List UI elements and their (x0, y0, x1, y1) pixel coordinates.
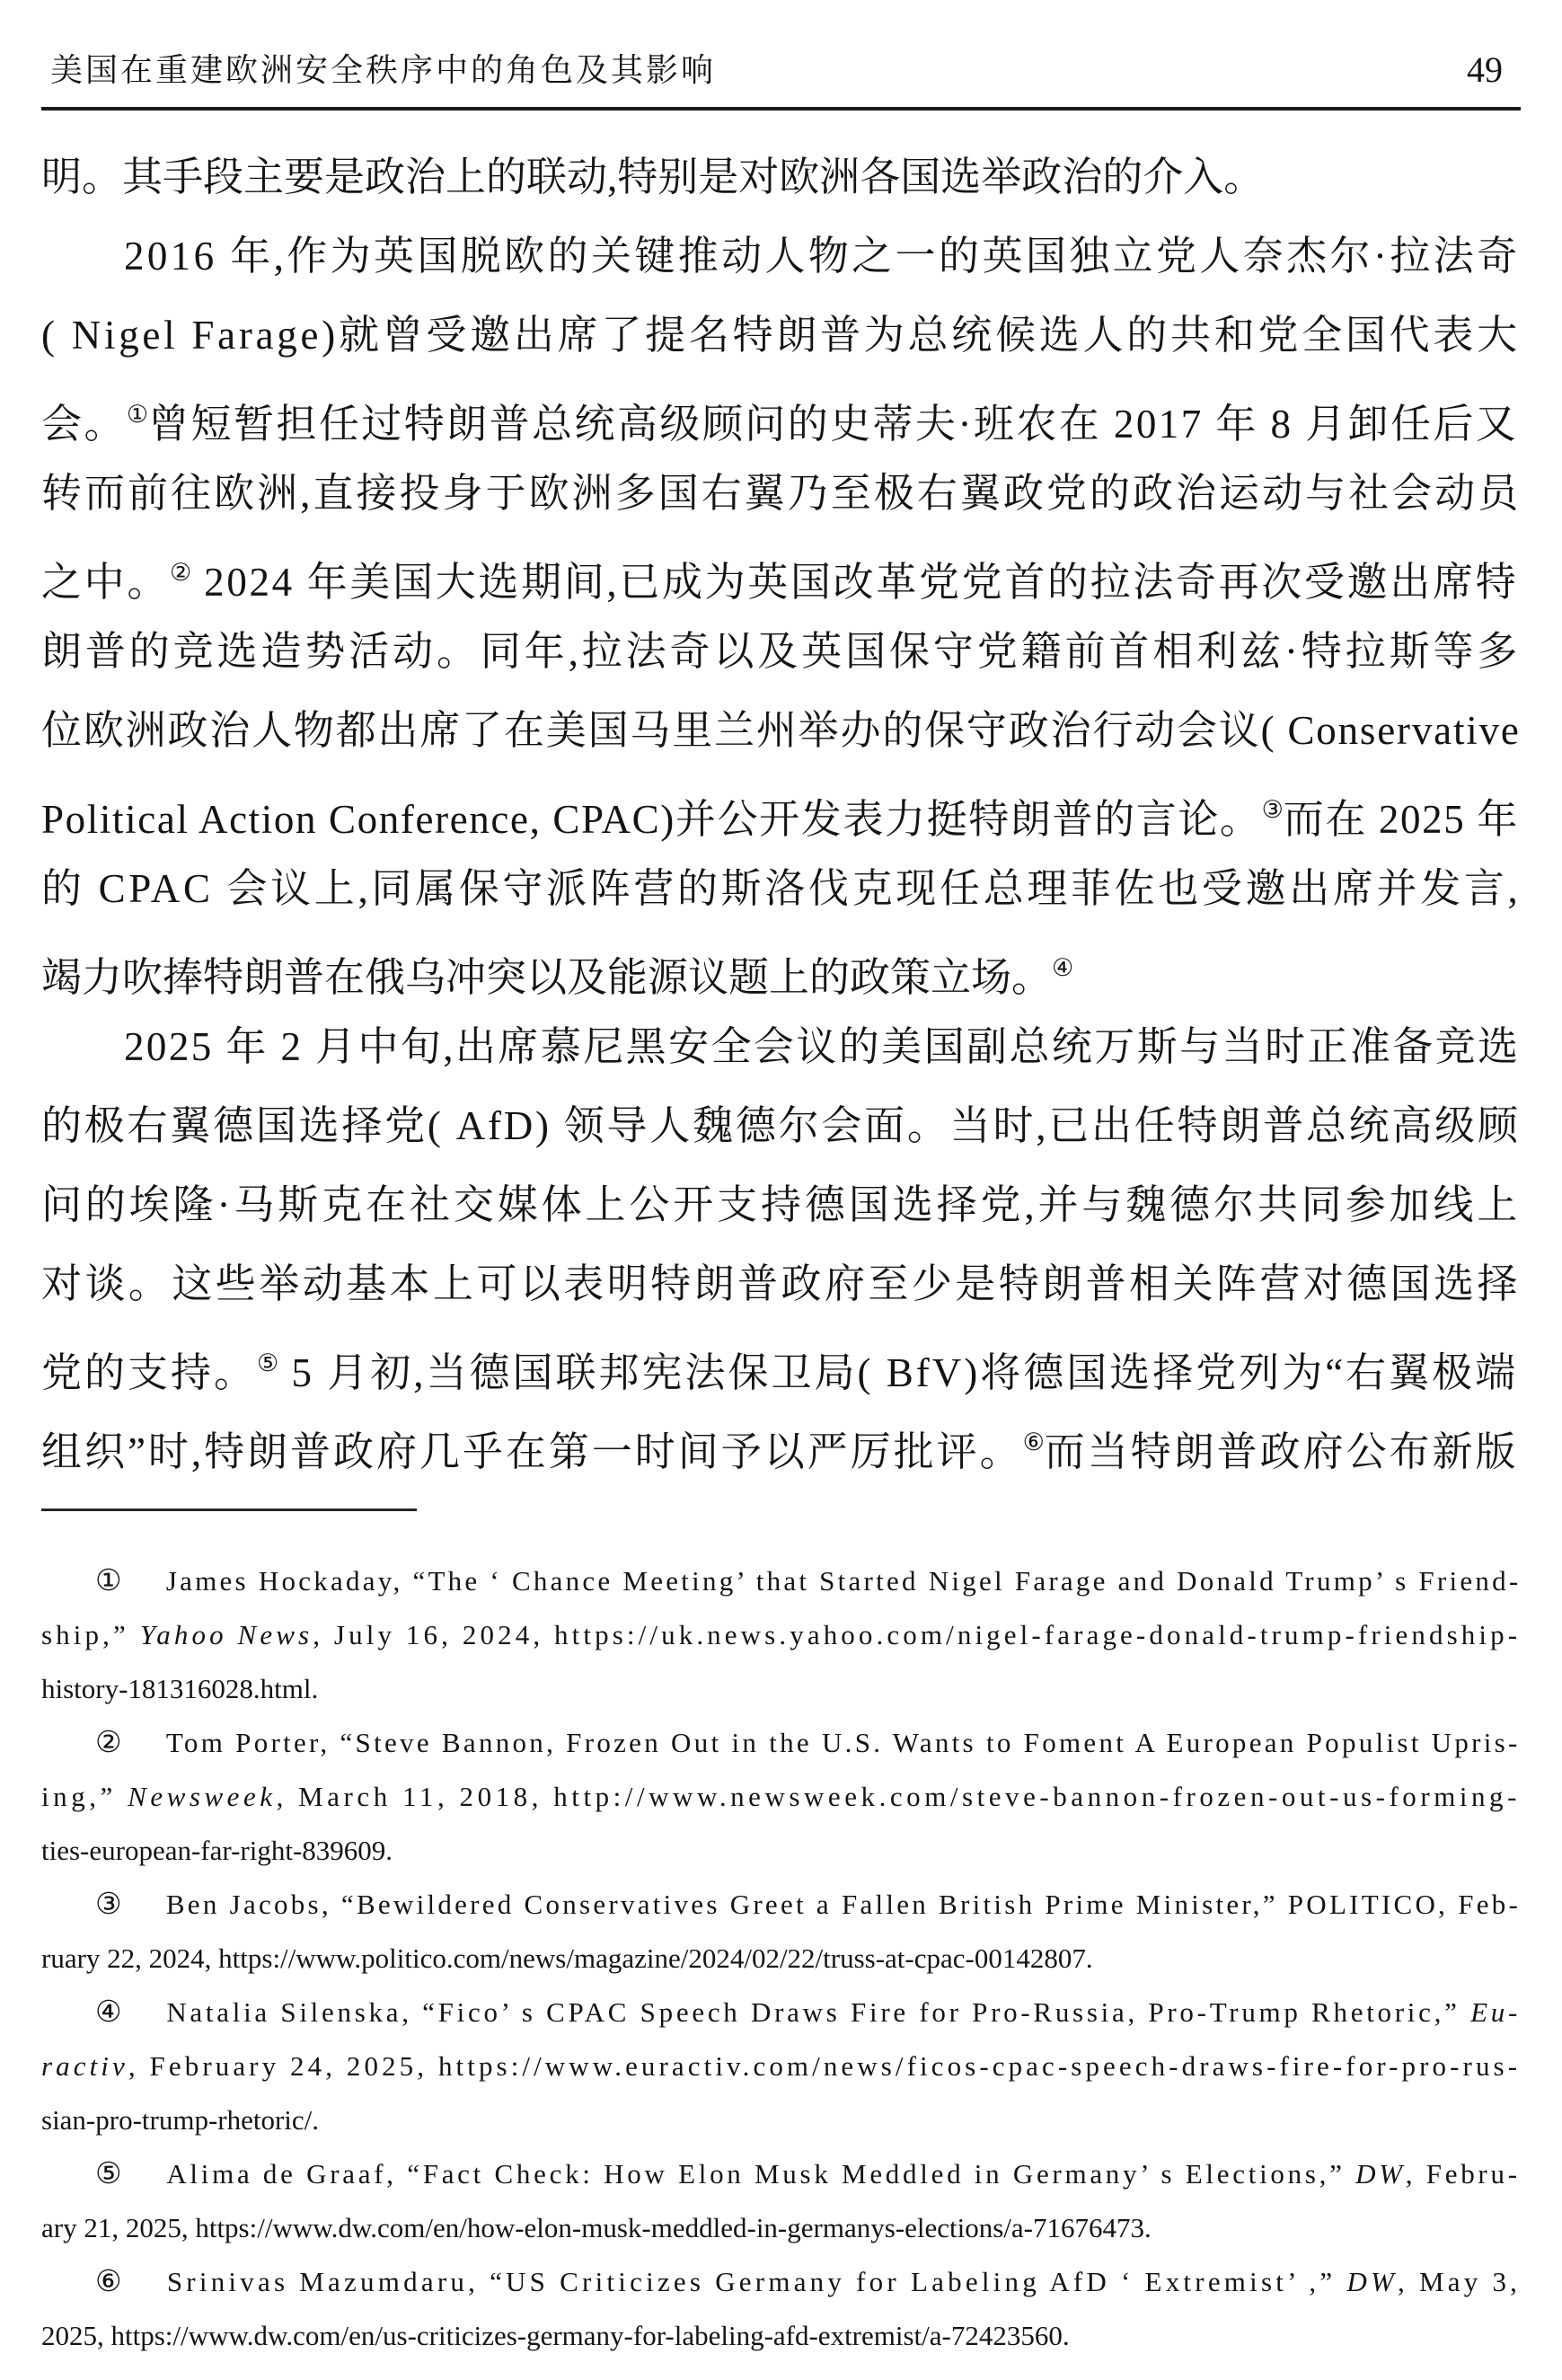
footnote-source-italic: DW (1355, 2158, 1406, 2190)
footnote-ref: ② (170, 559, 191, 586)
body-line: 2025 年 2 月中旬,出席慕尼黑安全会议的美国副总统万斯与当时正准备竞选 (41, 1007, 1521, 1086)
footnote-marker: ⑤ (95, 2158, 125, 2190)
footnote-text: ties-european-far-right-839609. (41, 1835, 393, 1866)
footnote-text: Alima de Graaf, “Fact Check: How Elon Mu… (166, 2158, 1355, 2190)
body-line: 组织”时,特朗普政府几乎在第一时间予以严厉批评。⑥而当特朗普政府公布新版 (41, 1402, 1521, 1482)
footnote-line: sian-pro-trump-rhetoric/. (41, 2093, 1521, 2147)
footnote-line: ruary 22, 2024, https://www.politico.com… (41, 1932, 1521, 1986)
footnote-marker: ② (95, 1727, 125, 1759)
body-line: Political Action Conference, CPAC)并公开发表力… (41, 770, 1521, 849)
footnote-marker: ⑥ (95, 2266, 126, 2298)
footnote-text: 2025, https://www.dw.com/en/us-criticize… (41, 2320, 1070, 2351)
footnote-text: Ben Jacobs, “Bewildered Conservatives Gr… (166, 1889, 1521, 1920)
footnote-line: ractiv, February 24, 2025, https://www.e… (41, 2039, 1521, 2093)
footnote-source-italic: Yahoo News (140, 1619, 313, 1650)
body-text: 明。其手段主要是政治上的联动,特别是对欧洲各国选举政治的介入。2016 年,作为… (41, 137, 1521, 1482)
page-number: 49 (1467, 49, 1503, 91)
document-page: 美国在重建欧洲安全秩序中的角色及其影响 49 明。其手段主要是政治上的联动,特别… (0, 0, 1562, 2380)
footnote-source-italic: Newsweek (128, 1781, 276, 1812)
footnote-text: , May 3, (1398, 2266, 1521, 2297)
footnote-text: ing,” (41, 1781, 128, 1812)
footnote-marker: ① (95, 1565, 125, 1597)
footnote-marker: ④ (95, 1996, 125, 2029)
footnote-text: ary 21, 2025, https://www.dw.com/en/how-… (41, 2212, 1152, 2243)
footnote-line: ①James Hockaday, “The ‘ Chance Meeting’ … (41, 1554, 1521, 1608)
footnote-text: ruary 22, 2024, https://www.politico.com… (41, 1942, 1093, 1974)
footnote-source-italic: Eu- (1470, 1996, 1521, 2028)
body-line: 的 CPAC 会议上,同属保守派阵营的斯洛伐克现任总理菲佐也受邀出席并发言, (41, 849, 1521, 928)
footnote-separator (41, 1509, 417, 1511)
body-line: 位欧洲政治人物都出席了在美国马里兰州举办的保守政治行动会议( Conservat… (41, 691, 1521, 770)
footnote-line: ⑥Srinivas Mazumdaru, “US Criticizes Germ… (41, 2255, 1521, 2309)
body-line: 党的支持。⑤ 5 月初,当德国联邦宪法保卫局( BfV)将德国选择党列为“右翼极… (41, 1323, 1521, 1402)
running-head-title: 美国在重建欧洲安全秩序中的角色及其影响 (50, 45, 716, 91)
body-line: 转而前往欧洲,直接投身于欧洲多国右翼乃至极右翼政党的政治运动与社会动员 (41, 454, 1521, 533)
footnote-text: Srinivas Mazumdaru, “US Criticizes Germa… (167, 2266, 1347, 2297)
footnote-text: history-181316028.html. (41, 1673, 318, 1704)
body-line: 之中。② 2024 年美国大选期间,已成为英国改革党党首的拉法奇再次受邀出席特 (41, 533, 1521, 612)
footnote-line: ties-european-far-right-839609. (41, 1824, 1521, 1878)
body-line: 问的埃隆·马斯克在社交媒体上公开支持德国选择党,并与魏德尔共同参加线上 (41, 1165, 1521, 1244)
footnote-text: ship,” (41, 1619, 140, 1650)
footnote-ref: ⑥ (1023, 1429, 1045, 1455)
footnote-ref: ④ (1052, 954, 1073, 981)
footnote-line: ary 21, 2025, https://www.dw.com/en/how-… (41, 2201, 1521, 2255)
footnote-line: ship,” Yahoo News, July 16, 2024, https:… (41, 1608, 1521, 1662)
footnote-source-italic: ractiv (41, 2050, 128, 2082)
footnotes: ①James Hockaday, “The ‘ Chance Meeting’ … (41, 1554, 1521, 2363)
header-rule (41, 107, 1521, 111)
footnote-line: 2025, https://www.dw.com/en/us-criticize… (41, 2309, 1521, 2363)
footnote-line: ③Ben Jacobs, “Bewildered Conservatives G… (41, 1878, 1521, 1932)
footnote-line: ②Tom Porter, “Steve Bannon, Frozen Out i… (41, 1716, 1521, 1770)
body-line: 对谈。这些举动基本上可以表明特朗普政府至少是特朗普相关阵营对德国选择 (41, 1244, 1521, 1323)
footnote-text: sian-pro-trump-rhetoric/. (41, 2104, 319, 2136)
footnote-line: history-181316028.html. (41, 1662, 1521, 1716)
body-line: ( Nigel Farage)就曾受邀出席了提名特朗普为总统候选人的共和党全国代… (41, 296, 1521, 375)
body-line: 朗普的竞选造势活动。同年,拉法奇以及英国保守党籍前首相利兹·特拉斯等多 (41, 612, 1521, 691)
body-line: 的极右翼德国选择党( AfD) 领导人魏德尔会面。当时,已出任特朗普总统高级顾 (41, 1086, 1521, 1165)
footnote-line: ④Natalia Silenska, “Fico’ s CPAC Speech … (41, 1986, 1521, 2039)
footnote-text: , March 11, 2018, http://www.newsweek.co… (277, 1781, 1521, 1812)
footnote-text: , July 16, 2024, https://uk.news.yahoo.c… (313, 1619, 1521, 1650)
footnote-marker: ③ (95, 1889, 125, 1921)
body-line: 明。其手段主要是政治上的联动,特别是对欧洲各国选举政治的介入。 (41, 137, 1521, 217)
footnote-ref: ⑤ (257, 1349, 278, 1376)
footnote-ref: ① (127, 401, 148, 428)
footnote-text: , February 24, 2025, https://www.euracti… (128, 2050, 1521, 2082)
footnote-text: Tom Porter, “Steve Bannon, Frozen Out in… (166, 1727, 1521, 1758)
footnote-line: ing,” Newsweek, March 11, 2018, http://w… (41, 1770, 1521, 1824)
footnote-text: Natalia Silenska, “Fico’ s CPAC Speech D… (166, 1996, 1470, 2028)
body-line: 2016 年,作为英国脱欧的关键推动人物之一的英国独立党人奈杰尔·拉法奇 (41, 217, 1521, 296)
footnote-text: , Febru- (1406, 2158, 1521, 2190)
footnote-ref: ③ (1262, 796, 1284, 823)
footnote-text: James Hockaday, “The ‘ Chance Meeting’ t… (166, 1565, 1522, 1597)
body-line: 竭力吹捧特朗普在俄乌冲突以及能源议题上的政策立场。④ (41, 928, 1521, 1007)
footnote-line: ⑤Alima de Graaf, “Fact Check: How Elon M… (41, 2147, 1521, 2201)
page-header: 美国在重建欧洲安全秩序中的角色及其影响 49 (41, 0, 1521, 91)
body-line: 会。①曾短暂担任过特朗普总统高级顾问的史蒂夫·班农在 2017 年 8 月卸任后… (41, 375, 1521, 454)
footnote-source-italic: DW (1346, 2266, 1398, 2297)
